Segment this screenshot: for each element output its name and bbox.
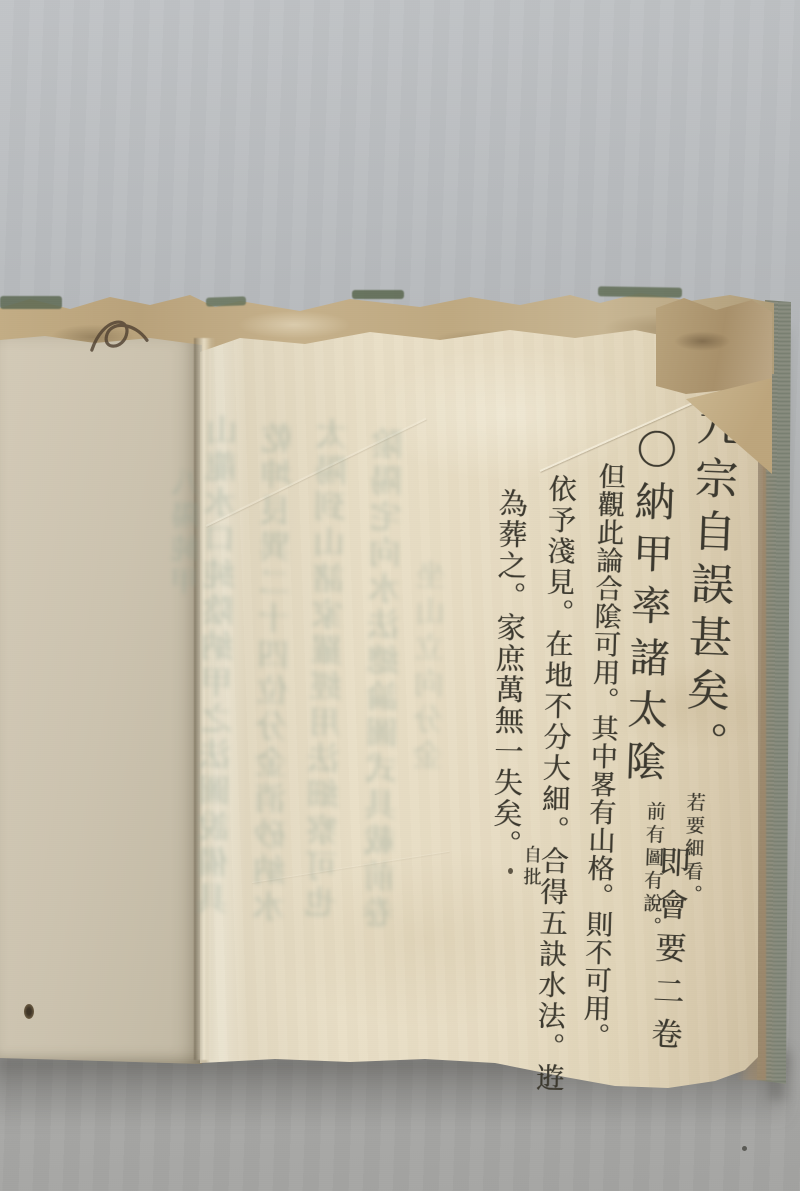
cover-cloth-fragment [0, 296, 62, 309]
ink-scribble-mark [80, 299, 160, 370]
bleedthrough-column: 山龍水口純陰納甲之法圖說備具 [197, 413, 240, 918]
ink-column-1: 九宗自誤甚矣。 [680, 402, 737, 774]
wormhole [24, 1004, 34, 1019]
book-photo: 八陽純甲 山龍水口純陰納甲之法圖說備具 乾坤艮巽二十四位分金消砂納水 太陽到山諸… [0, 0, 800, 1191]
cover-cloth-fragment [206, 296, 246, 306]
reference-note-column: 即會要二卷 [646, 845, 687, 1061]
bleedthrough-column: 隂陽宅向水法總論圖式具載前卷 [364, 427, 405, 931]
bleedthrough-column: 乾坤艮巽二十四位分金消砂納水 [254, 421, 295, 925]
left-page [0, 336, 202, 1064]
bleedthrough-column: 八陽純甲 [172, 468, 202, 600]
cover-cloth-fragment [598, 286, 682, 297]
ink-column-5: 為葬之。家庶萬無一失矣。 [491, 488, 526, 860]
speck [508, 868, 513, 874]
bleedthrough-column: 坐山立向分金 [416, 559, 450, 775]
speck [742, 1146, 747, 1151]
self-annotation-note: 自批 [521, 845, 540, 889]
cover-cloth-fragment [352, 290, 404, 299]
torn-corner-paper [656, 298, 772, 394]
ink-column-2: 〇納甲率諸太隂 [621, 428, 674, 793]
